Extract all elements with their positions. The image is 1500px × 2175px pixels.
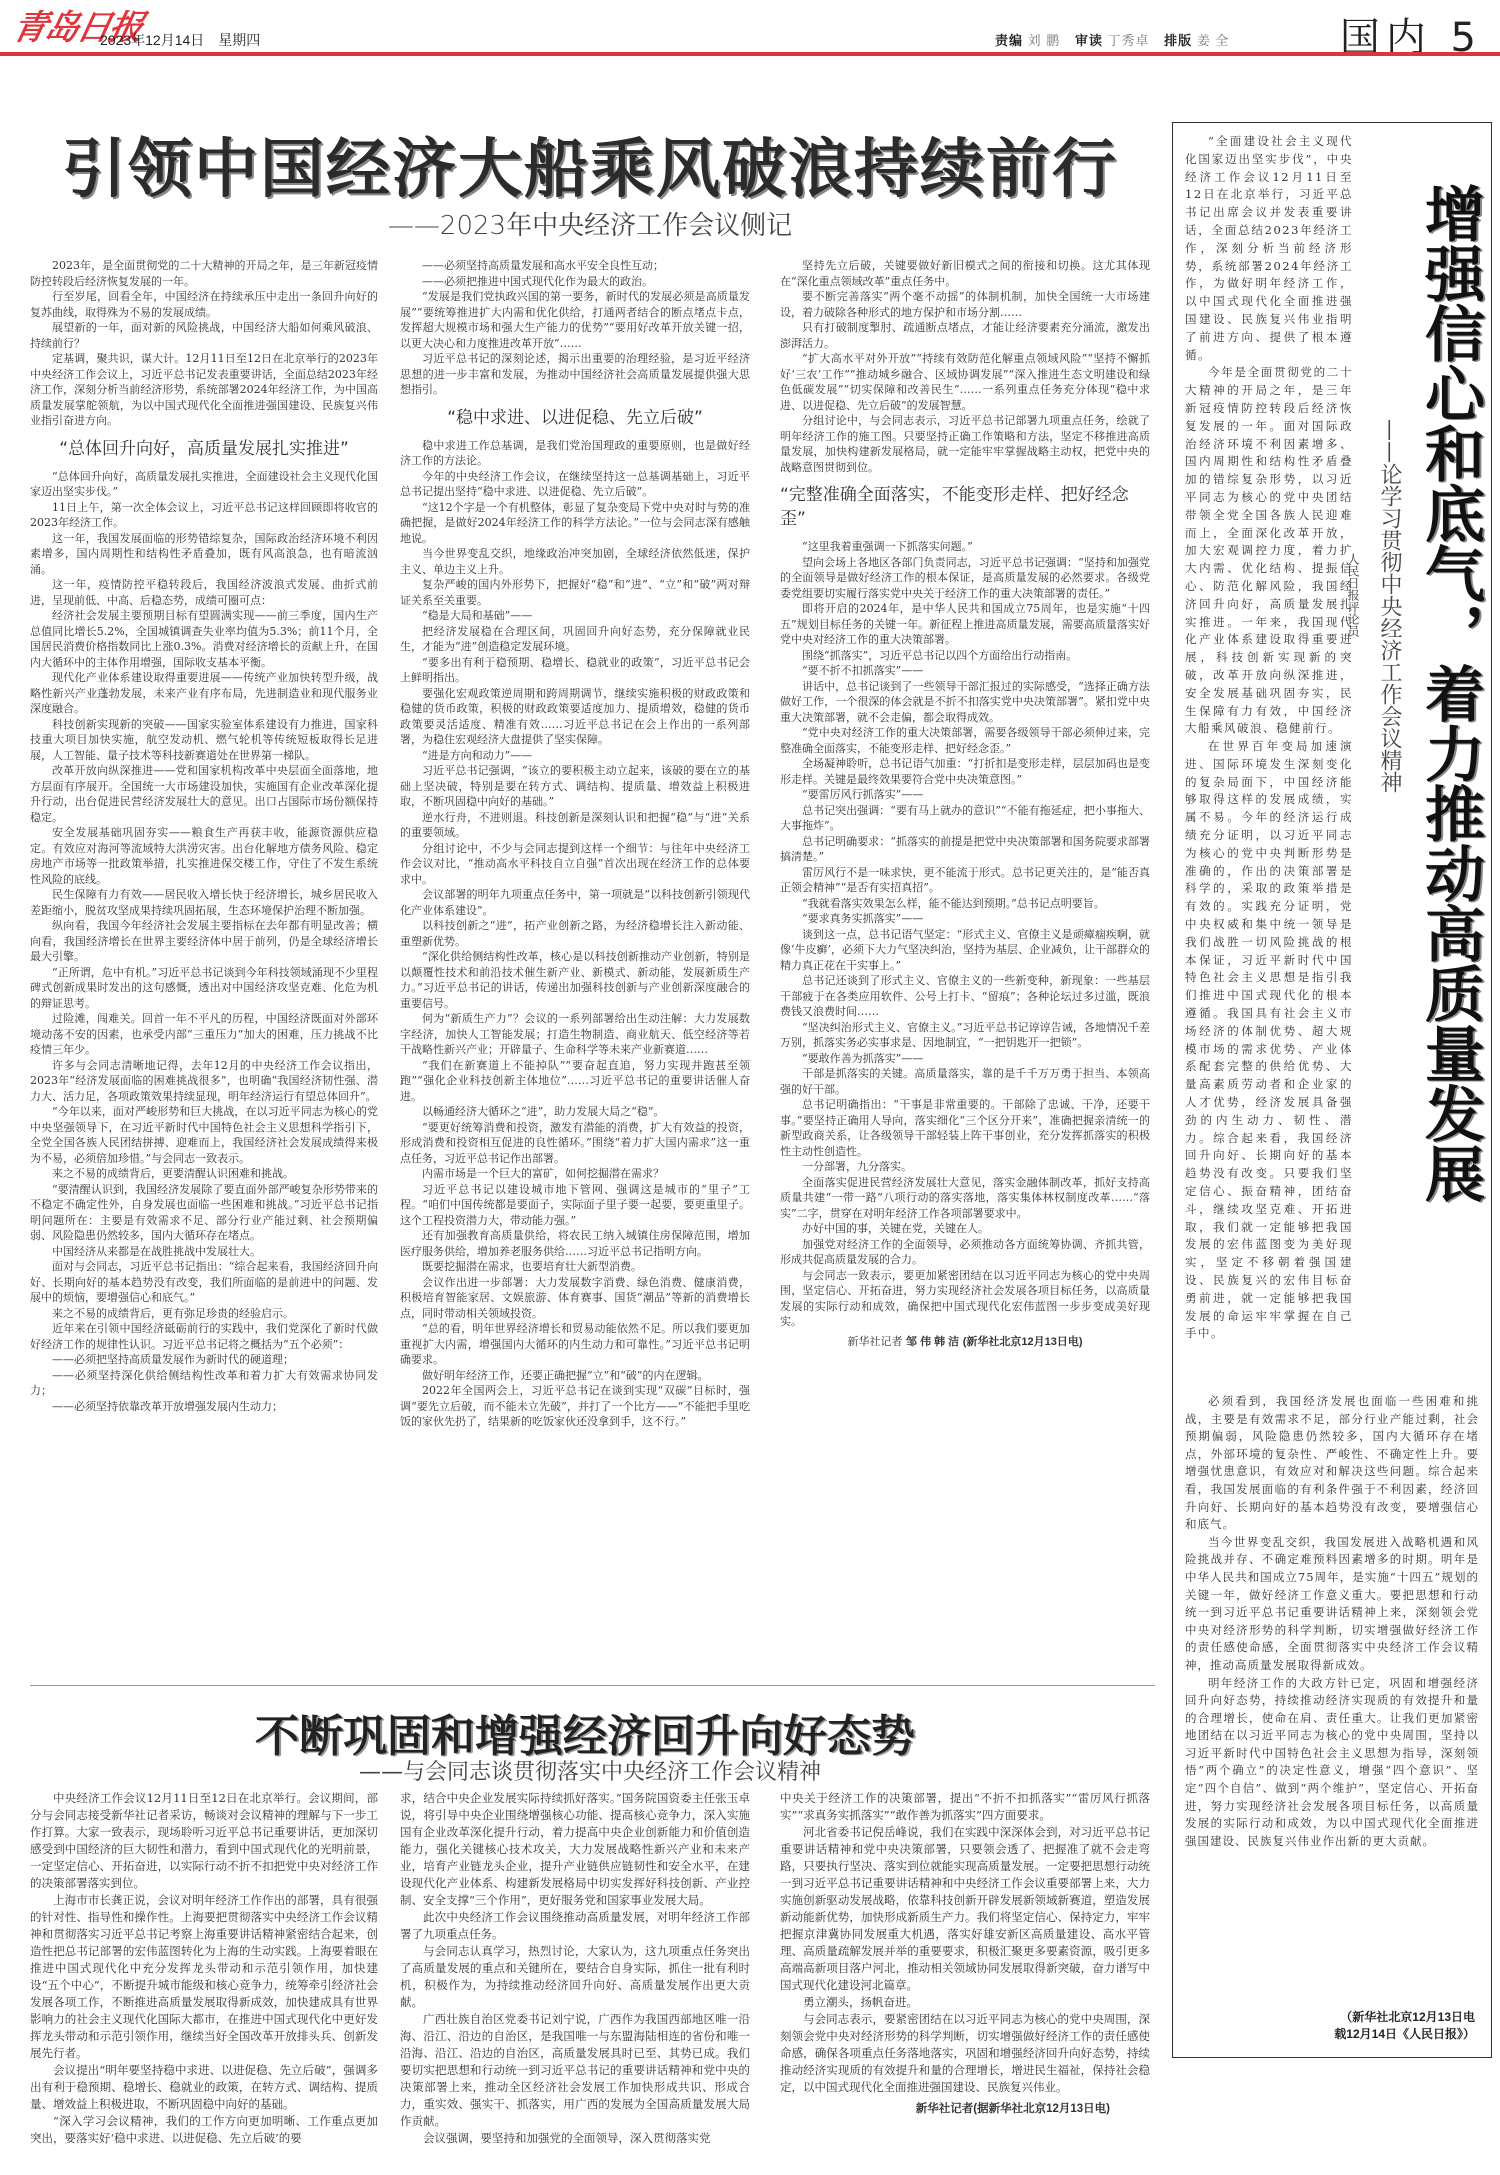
paragraph: 做好明年经济工作，还要正确把握“立”和“破”的内在逻辑。: [400, 1368, 750, 1384]
paragraph: 中央经济工作会议12月11日至12日在北京举行。会议期间，部分与会同志接受新华社…: [30, 1790, 378, 1892]
credit-role: 排版: [1164, 33, 1192, 48]
paragraph: 分组讨论中，与会同志表示，习近平总书记部署九项重点任务，绘就了明年经济工作的施工…: [780, 413, 1150, 475]
paragraph: 习近平总书记以建设城市地下管网、强调这是城市的“里子”工程。“咱们中国传统都是要…: [400, 1182, 750, 1229]
commentary-subtitle: ——论学习贯彻中央经济工作会议精神: [1363, 419, 1403, 793]
paragraph: 2023年，是全面贯彻党的二十大精神的开局之年，是三年新冠疫情防控转段后经济恢复…: [30, 258, 378, 289]
paragraph: 行至岁尾，回看全年，中国经济在持续承压中走出一条回升向好的复苏曲线，取得殊为不易…: [30, 289, 378, 320]
paragraph: “扩大高水平对外开放”“持续有效防范化解重点领域风险”“坚持不懈抓好‘三农’工作…: [780, 351, 1150, 413]
commentary-lower-text: 必须看到，我国经济发展也面临一些困难和挑战，主要是有效需求不足，部分行业产能过剩…: [1185, 1393, 1479, 2013]
paragraph: 与会同志一致表示，要更加紧密团结在以习近平同志为核心的党中央周围，坚定信心、开拓…: [780, 1268, 1150, 1330]
credit-line: （新华社北京12月13日电: [1334, 2009, 1475, 2026]
paragraph: 现代化产业体系建设取得重要进展——传统产业加快转型升级，战略性新兴产业蓬勃发展，…: [30, 670, 378, 717]
section-heading: “完整准确全面落实，不能变形走样、把好经念歪”: [780, 483, 1150, 531]
paragraph: 此次中央经济工作会议围绕推动高质量发展，对明年经济工作部署了九项重点任务。: [400, 1909, 750, 1943]
paragraph: “要不折不扣抓落实”——: [780, 663, 1150, 679]
paragraph: 全场凝神聆听，总书记语气加重：“打折扣是变形走样，层层加码也是变形走样。关键是最…: [780, 756, 1150, 787]
bottom-article-column-3: 中央关于经济工作的决策部署，提出“不折不扣抓落实”“雷厉风行抓落实”“求真务实抓…: [780, 1790, 1150, 2118]
byline-source: (新华社北京12月13日电): [963, 1336, 1083, 1348]
paragraph: 今年是全面贯彻党的二十大精神的开局之年，是三年新冠疫情防控转段后经济恢复发展的一…: [1185, 364, 1353, 738]
paragraph: 还有加强教育高质量供给，将农民工纳入城镇住房保障范围，增加医疗服务供给，增加养老…: [400, 1228, 750, 1259]
issue-date: 2023年12月14日 星期四: [100, 30, 260, 50]
paragraph: 来之不易的成绩背后，更有弥足珍贵的经验启示。: [30, 1306, 378, 1322]
paragraph: 习近平总书记强调，“该立的要积极主动立起来，该破的要在立的基础上坚决破，特别是要…: [400, 763, 750, 810]
paragraph: 以科技创新之“进”，拓产业创新之路，为经济稳增长注入新动能、重塑新优势。: [400, 918, 750, 949]
paragraph: 求，结合中央企业发展实际持续抓好落实。”国务院国资委主任张玉卓说，将引导中央企业…: [400, 1790, 750, 1909]
paragraph: 雷厉风行不是一味求快，更不能流于形式。总书记更关注的，是“能否真正领会精神”“是…: [780, 865, 1150, 896]
commentary-title: 增强信心和底气，着力推动高质量发展: [1411, 183, 1481, 1203]
paragraph: “党中央对经济工作的重大决策部署，需要各级领导干部必须伸过来，完整准确全面落实，…: [780, 725, 1150, 756]
paragraph: 稳中求进工作总基调，是我们党治国理政的重要原则，也是做好经济工作的方法论。: [400, 438, 750, 469]
paragraph: 明年经济工作的大政方针已定，巩固和增强经济回升向好态势，持续推动经济实现质的有效…: [1185, 1675, 1479, 1851]
credit-name: 刘 鹏: [1028, 33, 1061, 48]
paragraph: 这一年，疫情防控平稳转段后，我国经济波浪式发展、曲折式前进，呈现前低、中高、后稳…: [30, 577, 378, 608]
masthead: 青岛日报 2023年12月14日 星期四 责编 刘 鹏 审读 丁秀卓 排版 姜 …: [0, 0, 1500, 56]
credit-role: 责编: [995, 33, 1023, 48]
paragraph: 要不断完善落实“两个毫不动摇”的体制机制，加快全国统一大市场建设，着力破除各种形…: [780, 289, 1150, 320]
bottom-article-subtitle: ——与会同志谈贯彻落实中央经济工作会议精神: [230, 1755, 950, 1786]
paragraph: ——必须把坚持高质量发展作为新时代的硬道理；: [30, 1352, 378, 1368]
paragraph: “总体回升向好，高质量发展扎实推进，全面建设社会主义现代化国家迈出坚实步伐。”: [30, 469, 378, 500]
paragraph: 逆水行舟，不进则退。科技创新是深刻认识和把握“稳”与“进”关系的重要领域。: [400, 810, 750, 841]
paragraph: “这12个字是一个有机整体，彰显了复杂变局下党中央对时与势的准确把握，是做好20…: [400, 500, 750, 547]
paragraph: 与会同志认真学习，热烈讨论，大家认为，这九项重点任务突出了高质量发展的重点和关键…: [400, 1943, 750, 2011]
paragraph: 总书记明确指出：“干事是非常重要的。干部除了忠诚、干净，还要干事。”要坚持正确用…: [780, 1097, 1150, 1159]
paragraph: “发展是我们党执政兴国的第一要务，新时代的发展必须是高质量发展”“要统筹推进扩大…: [400, 289, 750, 351]
paragraph: 总书记还谈到了形式主义、官僚主义的一些新变种，新现象：一些基层干部疲于在各类应用…: [780, 973, 1150, 1020]
paragraph: 以畅通经济大循环之“进”，助力发展大局之“稳”。: [400, 1104, 750, 1120]
article-divider: [30, 1685, 1155, 1686]
paragraph: 只有打破制度掣肘、疏通断点堵点，才能让经济要素充分涌流，激发出澎湃活力。: [780, 320, 1150, 351]
paragraph: 过险滩，闯难关。回首一年不平凡的历程，中国经济既面对外部环境动荡不安的因素，也承…: [30, 1011, 378, 1058]
byline-source: 新华社记者(据新华社北京12月13日电): [916, 2103, 1110, 2115]
paragraph: 习近平总书记的深刻论述，揭示出重要的治理经验，是习近平经济思想的进一步丰富和发展…: [400, 351, 750, 398]
paragraph: 在世界百年变局加速演进、国际环境发生深刻变化的复杂局面下，中国经济能够取得这样的…: [1185, 738, 1353, 1343]
paragraph: 来之不易的成绩背后，更要清醒认识困难和挑战。: [30, 1166, 378, 1182]
credit-line: 载12月14日《人民日报》）: [1334, 2026, 1475, 2043]
paragraph: 会议作出进一步部署：大力发展数字消费、绿色消费、健康消费，积极培育智能家居、文娱…: [400, 1275, 750, 1322]
byline-names: 邹 伟 韩 洁: [906, 1336, 959, 1348]
paragraph: 广西壮族自治区党委书记刘宁说，广西作为我国西部地区唯一沿海、沿江、沿边的自治区，…: [400, 2011, 750, 2130]
paragraph: ——必须把推进中国式现代化作为最大的政治。: [400, 274, 750, 290]
bottom-article-column-2: 求，结合中央企业发展实际持续抓好落实。”国务院国资委主任张玉卓说，将引导中央企业…: [400, 1790, 750, 2147]
paragraph: 何为“新质生产力”？会议的一系列部署给出生动注解：大力发展数字经济，加快人工智能…: [400, 1011, 750, 1058]
paragraph: “今年以来，面对严峻形势和巨大挑战，在以习近平同志为核心的党中央坚强领导下，在习…: [30, 1104, 378, 1166]
paragraph: 会议部署的明年九项重点任务中，第一项就是“以科技创新引领现代化产业体系建设”。: [400, 887, 750, 918]
credit-name: 姜 全: [1197, 33, 1230, 48]
paragraph: 11日上午，第一次全体会议上，习近平总书记这样回顾即将收官的2023年经济工作。: [30, 500, 378, 531]
editor-credits: 责编 刘 鹏 审读 丁秀卓 排版 姜 全: [995, 30, 1239, 49]
article-byline: 新华社记者 邹 伟 韩 洁 (新华社北京12月13日电): [780, 1334, 1150, 1351]
paragraph: 安全发展基础巩固夯实——粮食生产再获丰收，能源资源供应稳定。有效应对海河等流域特…: [30, 825, 378, 887]
paragraph: 河北省委书记倪岳峰说，我们在实践中深深体会到，对习近平总书记重要讲话精神和党中央…: [780, 1824, 1150, 1994]
paragraph: 坚持先立后破，关键要做好新旧模式之间的衔接和切换。这尤其体现在“深化重点领域改革…: [780, 258, 1150, 289]
paragraph: “要清醒认识到，我国经济发展除了要直面外部严峻复杂形势带来的不稳定不确定性外，自…: [30, 1182, 378, 1244]
paragraph: ——必须坚持高质量发展和高水平安全良性互动；: [400, 258, 750, 274]
paragraph: 全面落实促进民营经济发展壮大意见，落实金融体制改革，抓好支持高质量共建“一带一路…: [780, 1175, 1150, 1222]
paragraph: 会议强调，要坚持和加强党的全面领导，深入贯彻落实党: [400, 2130, 750, 2147]
section-heading: “总体回升向好，高质量发展扎实推进”: [30, 437, 378, 461]
paragraph: 民生保障有力有效——居民收入增长快于经济增长，城乡居民收入差距缩小，脱贫攻坚成果…: [30, 887, 378, 918]
article-byline: 新华社记者(据新华社北京12月13日电): [780, 2100, 1150, 2118]
paragraph: 展望新的一年，面对新的风险挑战，中国经济大船如何乘风破浪、持续前行？: [30, 320, 378, 351]
paragraph: 一分部署，九分落实。: [780, 1159, 1150, 1175]
paragraph: “要更好统筹消费和投资，激发有潜能的消费，扩大有效益的投资，形成消费和投资相互促…: [400, 1120, 750, 1167]
section-heading: “稳中求进、以进促稳、先立后破”: [400, 406, 750, 430]
paragraph: “进是方向和动力”——: [400, 748, 750, 764]
paragraph: 这一年，我国发展面临的形势错综复杂，国际政治经济环境不利因素增多，国内周期性和结…: [30, 531, 378, 578]
paragraph: 办好中国的事，关键在党，关键在人。: [780, 1221, 1150, 1237]
paragraph: 会议提出“明年要坚持稳中求进、以进促稳、先立后破”，强调多出有利于稳预期、稳增长…: [30, 2062, 378, 2113]
paragraph: 今年的中央经济工作会议，在继续坚持这一总基调基础上，习近平总书记提出坚持“稳中求…: [400, 469, 750, 500]
paragraph: 复杂严峻的国内外形势下，把握好“稳”和“进”、“立”和“破”两对辩证关系至关重要…: [400, 577, 750, 608]
main-article-column-2: ——必须坚持高质量发展和高水平安全良性互动； ——必须把推进中国式现代化作为最大…: [400, 258, 750, 1430]
paragraph: 分组讨论中，不少与会同志提到这样一个细节：与往年中央经济工作会议对比，“推动高水…: [400, 841, 750, 888]
paragraph: 中央关于经济工作的决策部署，提出“不折不扣抓落实”“雷厉风行抓落实”“求真务实抓…: [780, 1790, 1150, 1824]
paragraph: “深入学习会议精神，我们的工作方向更加明晰、工作重点更加突出，要落实好‘稳中求进…: [30, 2113, 378, 2147]
paragraph: “坚决纠治形式主义、官僚主义。”习近平总书记谆谆告诫，各地情况千差万别，抓落实务…: [780, 1020, 1150, 1051]
paragraph: “这里我着重强调一下抓落实问题。”: [780, 539, 1150, 555]
paragraph: “要雷厉风行抓落实”——: [780, 787, 1150, 803]
paragraph: “我们在新赛道上不能掉队”“要奋起直追，努力实现并跑甚至领跑”“强化企业科技创新…: [400, 1058, 750, 1105]
paragraph: 2022年全国两会上，习近平总书记在谈到实现“双碳”目标时，强调“要先立后破，而…: [400, 1383, 750, 1430]
paragraph: 勇立潮头，扬帆奋进。: [780, 1994, 1150, 2011]
paragraph: 即将开启的2024年，是中华人民共和国成立75周年，也是实施“十四五”规划目标任…: [780, 601, 1150, 648]
masthead-red-rule: [0, 52, 1500, 56]
paragraph: 要强化宏观政策逆周期和跨周期调节，继续实施积极的财政政策和稳健的货币政策，积极的…: [400, 686, 750, 748]
paragraph: 与会同志表示，要紧密团结在以习近平同志为核心的党中央周围，深刻领会党中央对经济形…: [780, 2011, 1150, 2096]
paragraph: 必须看到，我国经济发展也面临一些困难和挑战，主要是有效需求不足，部分行业产能过剩…: [1185, 1393, 1479, 1534]
main-article-subtitle: ——2023年中央经济工作会议侧记: [150, 205, 1030, 242]
paragraph: 讲话中，总书记谈到了一些领导干部汇报过的实际感受，“选择正确方法做好工作，一个很…: [780, 679, 1150, 726]
paragraph: “全面建设社会主义现代化国家迈出坚实步伐”，中央经济工作会议12月11日至12日…: [1185, 133, 1353, 364]
main-article-column-1: 2023年，是全面贯彻党的二十大精神的开局之年，是三年新冠疫情防控转段后经济恢复…: [30, 258, 378, 1414]
paragraph: 近年来在引领中国经济砥砺前行的实践中，我们党深化了新时代做好经济工作的规律性认识…: [30, 1321, 378, 1352]
paragraph: 谈到这一点，总书记语气坚定：“形式主义、官僚主义是顽瘴痼疾啊，就像‘牛皮癣’，必…: [780, 927, 1150, 974]
paragraph: 干部是抓落实的关键。高质量落实，靠的是千千万万勇于担当、本领高强的好干部。: [780, 1066, 1150, 1097]
paragraph: 上海市市长龚正说，会议对明年经济工作作出的部署，具有很强的针对性、指导性和操作性…: [30, 1892, 378, 2062]
paragraph: 把经济发展稳在合理区间，巩固回升向好态势，充分保障就业民生，才能为“进”创造稳定…: [400, 624, 750, 655]
credit-role: 审读: [1075, 33, 1103, 48]
paragraph: “我就看落实效果怎么样，能不能达到预期。”总书记点明要旨。: [780, 896, 1150, 912]
paragraph: “总的看，明年世界经济增长和贸易动能依然不足。所以我们要更加重视扩大内需，增强国…: [400, 1321, 750, 1368]
paragraph: “稳是大局和基础”——: [400, 608, 750, 624]
paragraph: “深化供给侧结构性改革，核心是以科技创新推动产业创新，特别是以颠覆性技术和前沿技…: [400, 949, 750, 1011]
paragraph: ——必须坚持深化供给侧结构性改革和着力扩大有效需求协同发力；: [30, 1368, 378, 1399]
commentary-credit: （新华社北京12月13日电 载12月14日《人民日报》）: [1334, 2009, 1475, 2043]
paragraph: 经济社会发展主要预期目标有望圆满实现——前三季度，国内生产总值同比增长5.2%，…: [30, 608, 378, 670]
commentary-box: 增强信心和底气，着力推动高质量发展 ——论学习贯彻中央经济工作会议精神 人民日报…: [1172, 122, 1492, 2058]
paragraph: 既要挖掘潜在需求，也要培育壮大新型消费。: [400, 1259, 750, 1275]
paragraph: 面对与会同志，习近平总书记指出：“综合起来看，我国经济回升向好、长期向好的基本趋…: [30, 1259, 378, 1306]
paragraph: 当今世界变乱交织，我国发展进入战略机遇和风险挑战并存、不确定难预料因素增多的时期…: [1185, 1534, 1479, 1675]
paragraph: 加强党对经济工作的全面领导，必须推动各方面统筹协调、齐抓共管，形成共促高质量发展…: [780, 1237, 1150, 1268]
paragraph: 许多与会同志清晰地记得，去年12月的中央经济工作会议指出，2023年“经济发展面…: [30, 1058, 378, 1105]
paragraph: 内需市场是一个巨大的富矿，如何挖掘潜在需求？: [400, 1166, 750, 1182]
paragraph: “要求真务实抓落实”——: [780, 911, 1150, 927]
paragraph: 改革开放向纵深推进——党和国家机构改革中央层面全面落地，地方层面有序展开。全国统…: [30, 763, 378, 825]
paragraph: “正所谓，危中有机。”习近平总书记谈到今年科技领域涌现不少里程碑式创新成果时发出…: [30, 965, 378, 1012]
paragraph: ——必须坚持依靠改革开放增强发展内生动力；: [30, 1399, 378, 1415]
paragraph: 纵向看，我国今年经济社会发展主要指标在去年都有明显改善；横向看，我国经济增长在世…: [30, 918, 378, 965]
paragraph: 望向会场上各地区各部门负责同志，习近平总书记强调：“坚持和加强党的全面领导是做好…: [780, 555, 1150, 602]
paragraph: 总书记明确要求：“抓落实的前提是把党中央决策部署和国务院要求部署搞清楚。”: [780, 834, 1150, 865]
paragraph: 定基调，聚共识，谋大计。12月11日至12日在北京举行的2023年中央经济工作会…: [30, 351, 378, 429]
paragraph: 科技创新实现新的突破——国家实验室体系建设有力推进，国家科技重大项目加快实施，航…: [30, 717, 378, 764]
main-article-title: 引领中国经济大船乘风破浪持续前行: [30, 118, 1150, 210]
main-article-column-3: 坚持先立后破，关键要做好新旧模式之间的衔接和切换。这尤其体现在“深化重点领域改革…: [780, 258, 1150, 1350]
paragraph: “要多出有利于稳预期、稳增长、稳就业的政策”，习近平总书记会上鲜明指出。: [400, 655, 750, 686]
paragraph: 当今世界变乱交织，地缘政治冲突加剧，全球经济依然低迷，保护主义、单边主义上升。: [400, 546, 750, 577]
paragraph: 围绕“抓落实”，习近平总书记以四个方面给出行动指南。: [780, 648, 1150, 664]
commentary-upper-text: “全面建设社会主义现代化国家迈出坚实步伐”，中央经济工作会议12月11日至12日…: [1185, 133, 1353, 1383]
credit-name: 丁秀卓: [1108, 33, 1150, 48]
bottom-article-column-1: 中央经济工作会议12月11日至12日在北京举行。会议期间，部分与会同志接受新华社…: [30, 1790, 378, 2147]
paragraph: “要敢作善为抓落实”——: [780, 1051, 1150, 1067]
paragraph: 中国经济从来都是在战胜挑战中发展壮大。: [30, 1244, 378, 1260]
paragraph: 总书记突出强调：“要有马上就办的意识”“不能有拖延症，把小事拖大、大事拖炸”。: [780, 803, 1150, 834]
byline-prefix: 新华社记者: [848, 1335, 903, 1348]
